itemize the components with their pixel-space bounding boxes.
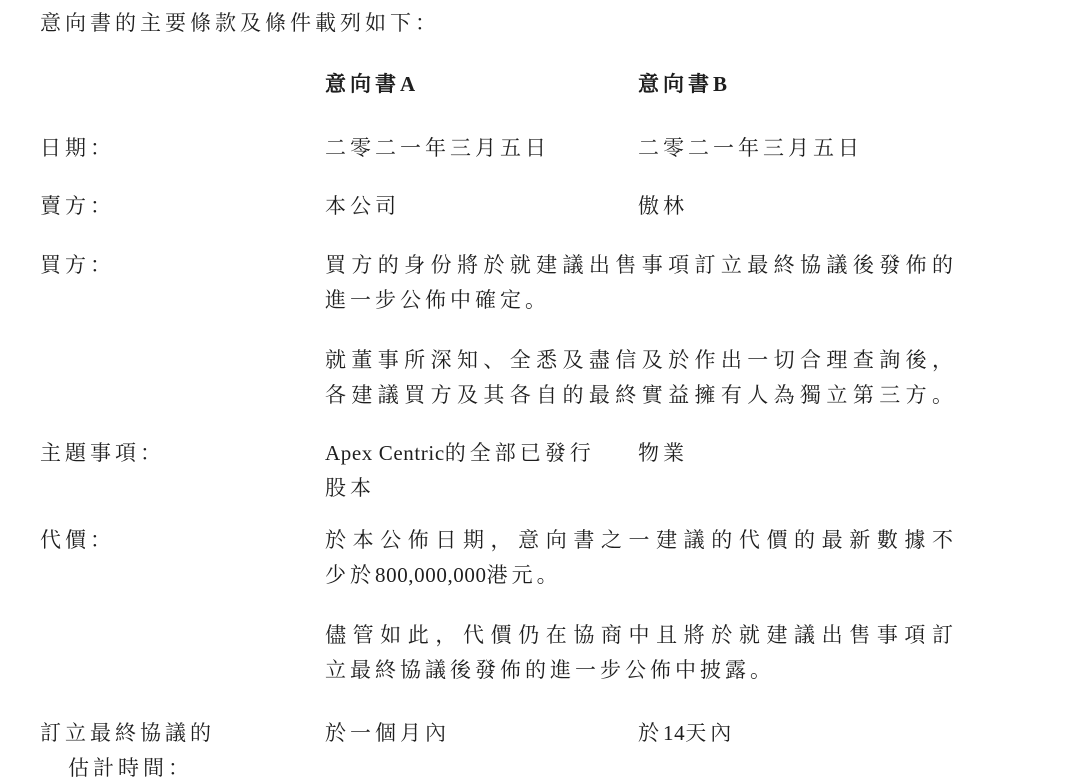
subject-a-line1: Apex Centric的全部已發行 bbox=[325, 436, 638, 471]
consideration-para1-line1: 於本公佈日期，意向書之一建議的代價的最新數據不 bbox=[325, 523, 957, 558]
date-value-a: 二零二一年三月五日 bbox=[325, 131, 638, 166]
subject-a-line1-rest: 的全部已發行 bbox=[445, 441, 595, 465]
consideration-paragraph-2: 儘管如此，代價仍在協商中且將於就建議出售事項訂 立最終協議後發佈的進一步公佈中披… bbox=[325, 618, 957, 688]
row-seller: 賣方： 本公司 傲林 bbox=[40, 189, 1040, 224]
buyer-para1-line1: 買方的身份將於就建議出售事項訂立最終協議後發佈的 bbox=[325, 248, 957, 283]
buyer-para1-line2: 進一步公佈中確定。 bbox=[325, 283, 957, 318]
intro-line: 意向書的主要條款及條件載列如下： bbox=[40, 6, 1040, 41]
row-consideration: 代價： 於本公佈日期，意向書之一建議的代價的最新數據不 少於800,000,00… bbox=[40, 523, 1040, 593]
table-header-row: 意向書A 意向書B bbox=[40, 67, 1040, 102]
timing-value-a: 於一個月內 bbox=[325, 716, 638, 751]
seller-value-a: 本公司 bbox=[325, 189, 638, 224]
consideration-paragraph-1: 於本公佈日期，意向書之一建議的代價的最新數據不 少於800,000,000港元。 bbox=[325, 523, 957, 593]
row-consideration-continued: 儘管如此，代價仍在協商中且將於就建議出售事項訂 立最終協議後發佈的進一步公佈中披… bbox=[40, 618, 1040, 688]
row-buyer-continued: 就董事所深知、全悉及盡信及於作出一切合理查詢後， 各建議買方及其各自的最終實益擁… bbox=[40, 343, 1040, 413]
consideration-amount: 800,000,000 bbox=[375, 563, 487, 587]
announcement-page: 意向書的主要條款及條件載列如下： 意向書A 意向書B 日期： 二零二一年三月五日… bbox=[0, 0, 1080, 784]
row-date: 日期： 二零二一年三月五日 二零二一年三月五日 bbox=[40, 131, 1040, 166]
timing-b-suffix: 天內 bbox=[685, 721, 735, 745]
consideration-para2-line1: 儘管如此，代價仍在協商中且將於就建議出售事項訂 bbox=[325, 618, 957, 653]
column-header-letter-a: 意向書A bbox=[325, 67, 638, 102]
timing-label-line2: 估計時間： bbox=[40, 751, 325, 784]
row-timing: 訂立最終協議的 估計時間： 於一個月內 於14天內 bbox=[40, 716, 1040, 784]
timing-b-prefix: 於 bbox=[638, 721, 663, 745]
subject-value-a: Apex Centric的全部已發行 股本 bbox=[325, 436, 638, 506]
buyer-para2-line2: 各建議買方及其各自的最終實益擁有人為獨立第三方。 bbox=[325, 378, 957, 413]
row-label-buyer: 買方： bbox=[40, 248, 325, 283]
timing-value-b: 於14天內 bbox=[638, 716, 1040, 751]
row-buyer: 買方： 買方的身份將於就建議出售事項訂立最終協議後發佈的 進一步公佈中確定。 bbox=[40, 248, 1040, 318]
subject-value-b: 物業 bbox=[638, 436, 1040, 471]
row-label-subject: 主題事項： bbox=[40, 436, 325, 471]
consideration-para2-line2: 立最終協議後發佈的進一步公佈中披露。 bbox=[325, 653, 957, 688]
consideration-amount-prefix: 少於 bbox=[325, 563, 375, 587]
timing-label-line1: 訂立最終協議的 bbox=[40, 716, 325, 751]
buyer-paragraph-2: 就董事所深知、全悉及盡信及於作出一切合理查詢後， 各建議買方及其各自的最終實益擁… bbox=[325, 343, 957, 413]
subject-a-line2: 股本 bbox=[325, 471, 638, 506]
column-header-letter-b: 意向書B bbox=[638, 67, 1040, 102]
date-value-b: 二零二一年三月五日 bbox=[638, 131, 1040, 166]
seller-value-b: 傲林 bbox=[638, 189, 1040, 224]
row-label-seller: 賣方： bbox=[40, 189, 325, 224]
consideration-para1-line2: 少於800,000,000港元。 bbox=[325, 558, 957, 593]
consideration-amount-suffix: 港元。 bbox=[487, 563, 562, 587]
subject-a-latin: Apex Centric bbox=[325, 441, 445, 465]
row-subject: 主題事項： Apex Centric的全部已發行 股本 物業 bbox=[40, 436, 1040, 506]
row-label-date: 日期： bbox=[40, 131, 325, 166]
row-label-consideration: 代價： bbox=[40, 523, 325, 558]
timing-b-days: 14 bbox=[663, 721, 685, 745]
buyer-paragraph-1: 買方的身份將於就建議出售事項訂立最終協議後發佈的 進一步公佈中確定。 bbox=[325, 248, 957, 318]
buyer-para2-line1: 就董事所深知、全悉及盡信及於作出一切合理查詢後， bbox=[325, 343, 957, 378]
row-label-timing: 訂立最終協議的 估計時間： bbox=[40, 716, 325, 784]
